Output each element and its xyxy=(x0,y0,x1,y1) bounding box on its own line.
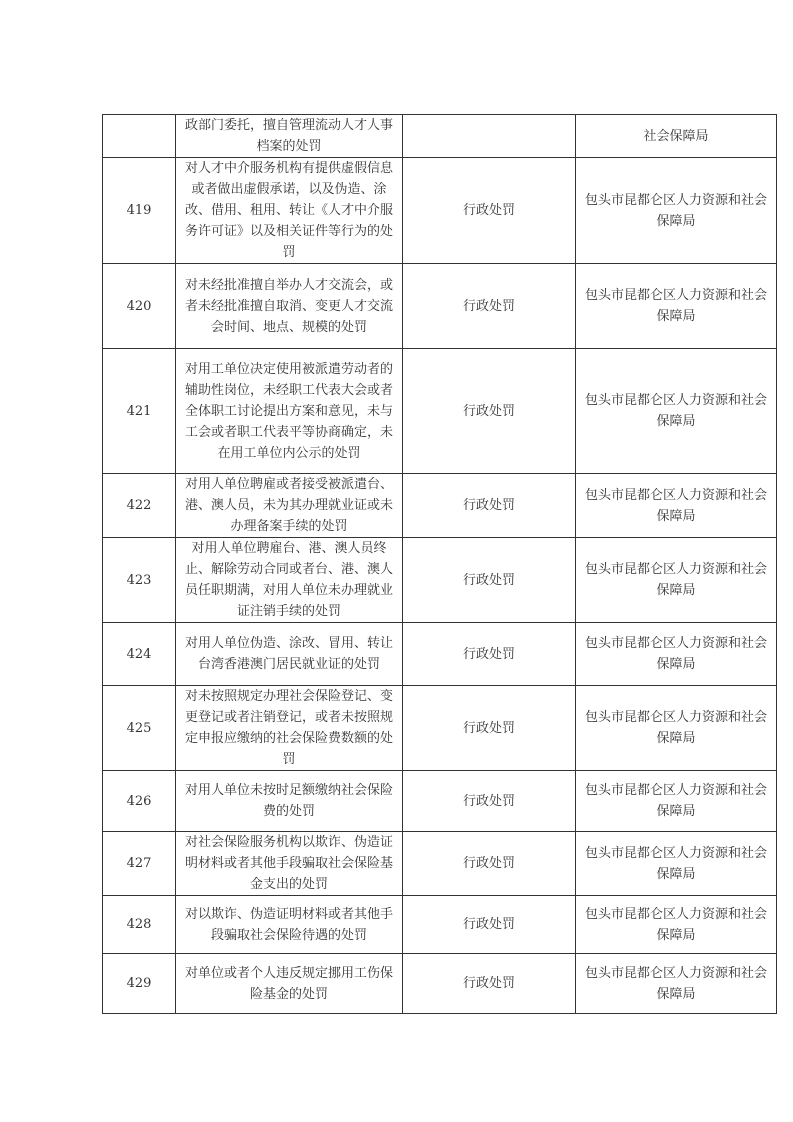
item-agency: 包头市昆都仑区人力资源和社会保障局 xyxy=(576,686,777,771)
item-description: 对未按照规定办理社会保险登记、变更登记或者注销登记，或者未按照规定申报应缴纳的社… xyxy=(176,686,403,771)
item-description: 对用工单位决定使用被派遣劳动者的辅助性岗位，未经职工代表大会或者全体职工讨论提出… xyxy=(176,349,403,474)
item-number: 429 xyxy=(103,954,176,1014)
item-type: 行政处罚 xyxy=(403,264,576,349)
item-agency: 包头市昆都仑区人力资源和社会保障局 xyxy=(576,474,777,538)
item-type: 行政处罚 xyxy=(403,771,576,832)
item-type: 行政处罚 xyxy=(403,686,576,771)
item-agency: 包头市昆都仑区人力资源和社会保障局 xyxy=(576,896,777,954)
item-type: 行政处罚 xyxy=(403,954,576,1014)
table-row: 429 对单位或者个人违反规定挪用工伤保险基金的处罚 行政处罚 包头市昆都仑区人… xyxy=(103,954,777,1014)
item-type: 行政处罚 xyxy=(403,623,576,686)
item-number: 419 xyxy=(103,158,176,264)
item-type: 行政处罚 xyxy=(403,349,576,474)
table-row: 422 对用人单位聘雇或者接受被派遣台、港、澳人员，未为其办理就业证或未办理备案… xyxy=(103,474,777,538)
item-number: 428 xyxy=(103,896,176,954)
item-agency: 包头市昆都仑区人力资源和社会保障局 xyxy=(576,349,777,474)
item-description: 对用人单位伪造、涂改、冒用、转让台湾香港澳门居民就业证的处罚 xyxy=(176,623,403,686)
item-agency: 包头市昆都仑区人力资源和社会保障局 xyxy=(576,158,777,264)
table-row: 428 对以欺诈、伪造证明材料或者其他手段骗取社会保险待遇的处罚 行政处罚 包头… xyxy=(103,896,777,954)
item-number: 422 xyxy=(103,474,176,538)
item-description: 对用人单位聘雇或者接受被派遣台、港、澳人员，未为其办理就业证或未办理备案手续的处… xyxy=(176,474,403,538)
item-description: 对未经批准擅自举办人才交流会，或者未经批准擅自取消、变更人才交流会时间、地点、规… xyxy=(176,264,403,349)
item-agency: 包头市昆都仑区人力资源和社会保障局 xyxy=(576,954,777,1014)
item-type: 行政处罚 xyxy=(403,896,576,954)
table-row: 政部门委托，擅自管理流动人才人事档案的处罚 社会保障局 xyxy=(103,115,777,158)
item-type: 行政处罚 xyxy=(403,832,576,896)
item-description: 对社会保险服务机构以欺诈、伪造证明材料或者其他手段骗取社会保险基金支出的处罚 xyxy=(176,832,403,896)
table-row: 421 对用工单位决定使用被派遣劳动者的辅助性岗位，未经职工代表大会或者全体职工… xyxy=(103,349,777,474)
item-agency: 包头市昆都仑区人力资源和社会保障局 xyxy=(576,771,777,832)
item-description: 对用人单位未按时足额缴纳社会保险费的处罚 xyxy=(176,771,403,832)
item-description: 对单位或者个人违反规定挪用工伤保险基金的处罚 xyxy=(176,954,403,1014)
item-agency: 包头市昆都仑区人力资源和社会保障局 xyxy=(576,832,777,896)
table-row: 420 对未经批准擅自举办人才交流会，或者未经批准擅自取消、变更人才交流会时间、… xyxy=(103,264,777,349)
item-number: 420 xyxy=(103,264,176,349)
table-row: 424 对用人单位伪造、涂改、冒用、转让台湾香港澳门居民就业证的处罚 行政处罚 … xyxy=(103,623,777,686)
table-row: 426 对用人单位未按时足额缴纳社会保险费的处罚 行政处罚 包头市昆都仑区人力资… xyxy=(103,771,777,832)
item-number: 426 xyxy=(103,771,176,832)
item-agency: 社会保障局 xyxy=(576,115,777,158)
item-type: 行政处罚 xyxy=(403,474,576,538)
item-description: 对用人单位聘雇台、港、澳人员终止、解除劳动合同或者台、港、澳人员任职期满，对用人… xyxy=(176,538,403,623)
table-row: 425 对未按照规定办理社会保险登记、变更登记或者注销登记，或者未按照规定申报应… xyxy=(103,686,777,771)
item-agency: 包头市昆都仑区人力资源和社会保障局 xyxy=(576,264,777,349)
item-agency: 包头市昆都仑区人力资源和社会保障局 xyxy=(576,538,777,623)
item-type xyxy=(403,115,576,158)
penalty-items-table: 政部门委托，擅自管理流动人才人事档案的处罚 社会保障局 419 对人才中介服务机… xyxy=(102,114,777,1014)
item-number: 424 xyxy=(103,623,176,686)
table-row: 419 对人才中介服务机构有提供虚假信息或者做出虚假承诺，以及伪造、涂改、借用、… xyxy=(103,158,777,264)
item-description: 对以欺诈、伪造证明材料或者其他手段骗取社会保险待遇的处罚 xyxy=(176,896,403,954)
item-number xyxy=(103,115,176,158)
item-type: 行政处罚 xyxy=(403,538,576,623)
table-body: 政部门委托，擅自管理流动人才人事档案的处罚 社会保障局 419 对人才中介服务机… xyxy=(103,115,777,1014)
document-page: 政部门委托，擅自管理流动人才人事档案的处罚 社会保障局 419 对人才中介服务机… xyxy=(0,0,793,1122)
item-agency: 包头市昆都仑区人力资源和社会保障局 xyxy=(576,623,777,686)
item-description: 对人才中介服务机构有提供虚假信息或者做出虚假承诺，以及伪造、涂改、借用、租用、转… xyxy=(176,158,403,264)
item-description: 政部门委托，擅自管理流动人才人事档案的处罚 xyxy=(176,115,403,158)
table-row: 427 对社会保险服务机构以欺诈、伪造证明材料或者其他手段骗取社会保险基金支出的… xyxy=(103,832,777,896)
item-number: 421 xyxy=(103,349,176,474)
table-row: 423 对用人单位聘雇台、港、澳人员终止、解除劳动合同或者台、港、澳人员任职期满… xyxy=(103,538,777,623)
item-number: 427 xyxy=(103,832,176,896)
item-number: 423 xyxy=(103,538,176,623)
item-type: 行政处罚 xyxy=(403,158,576,264)
item-number: 425 xyxy=(103,686,176,771)
